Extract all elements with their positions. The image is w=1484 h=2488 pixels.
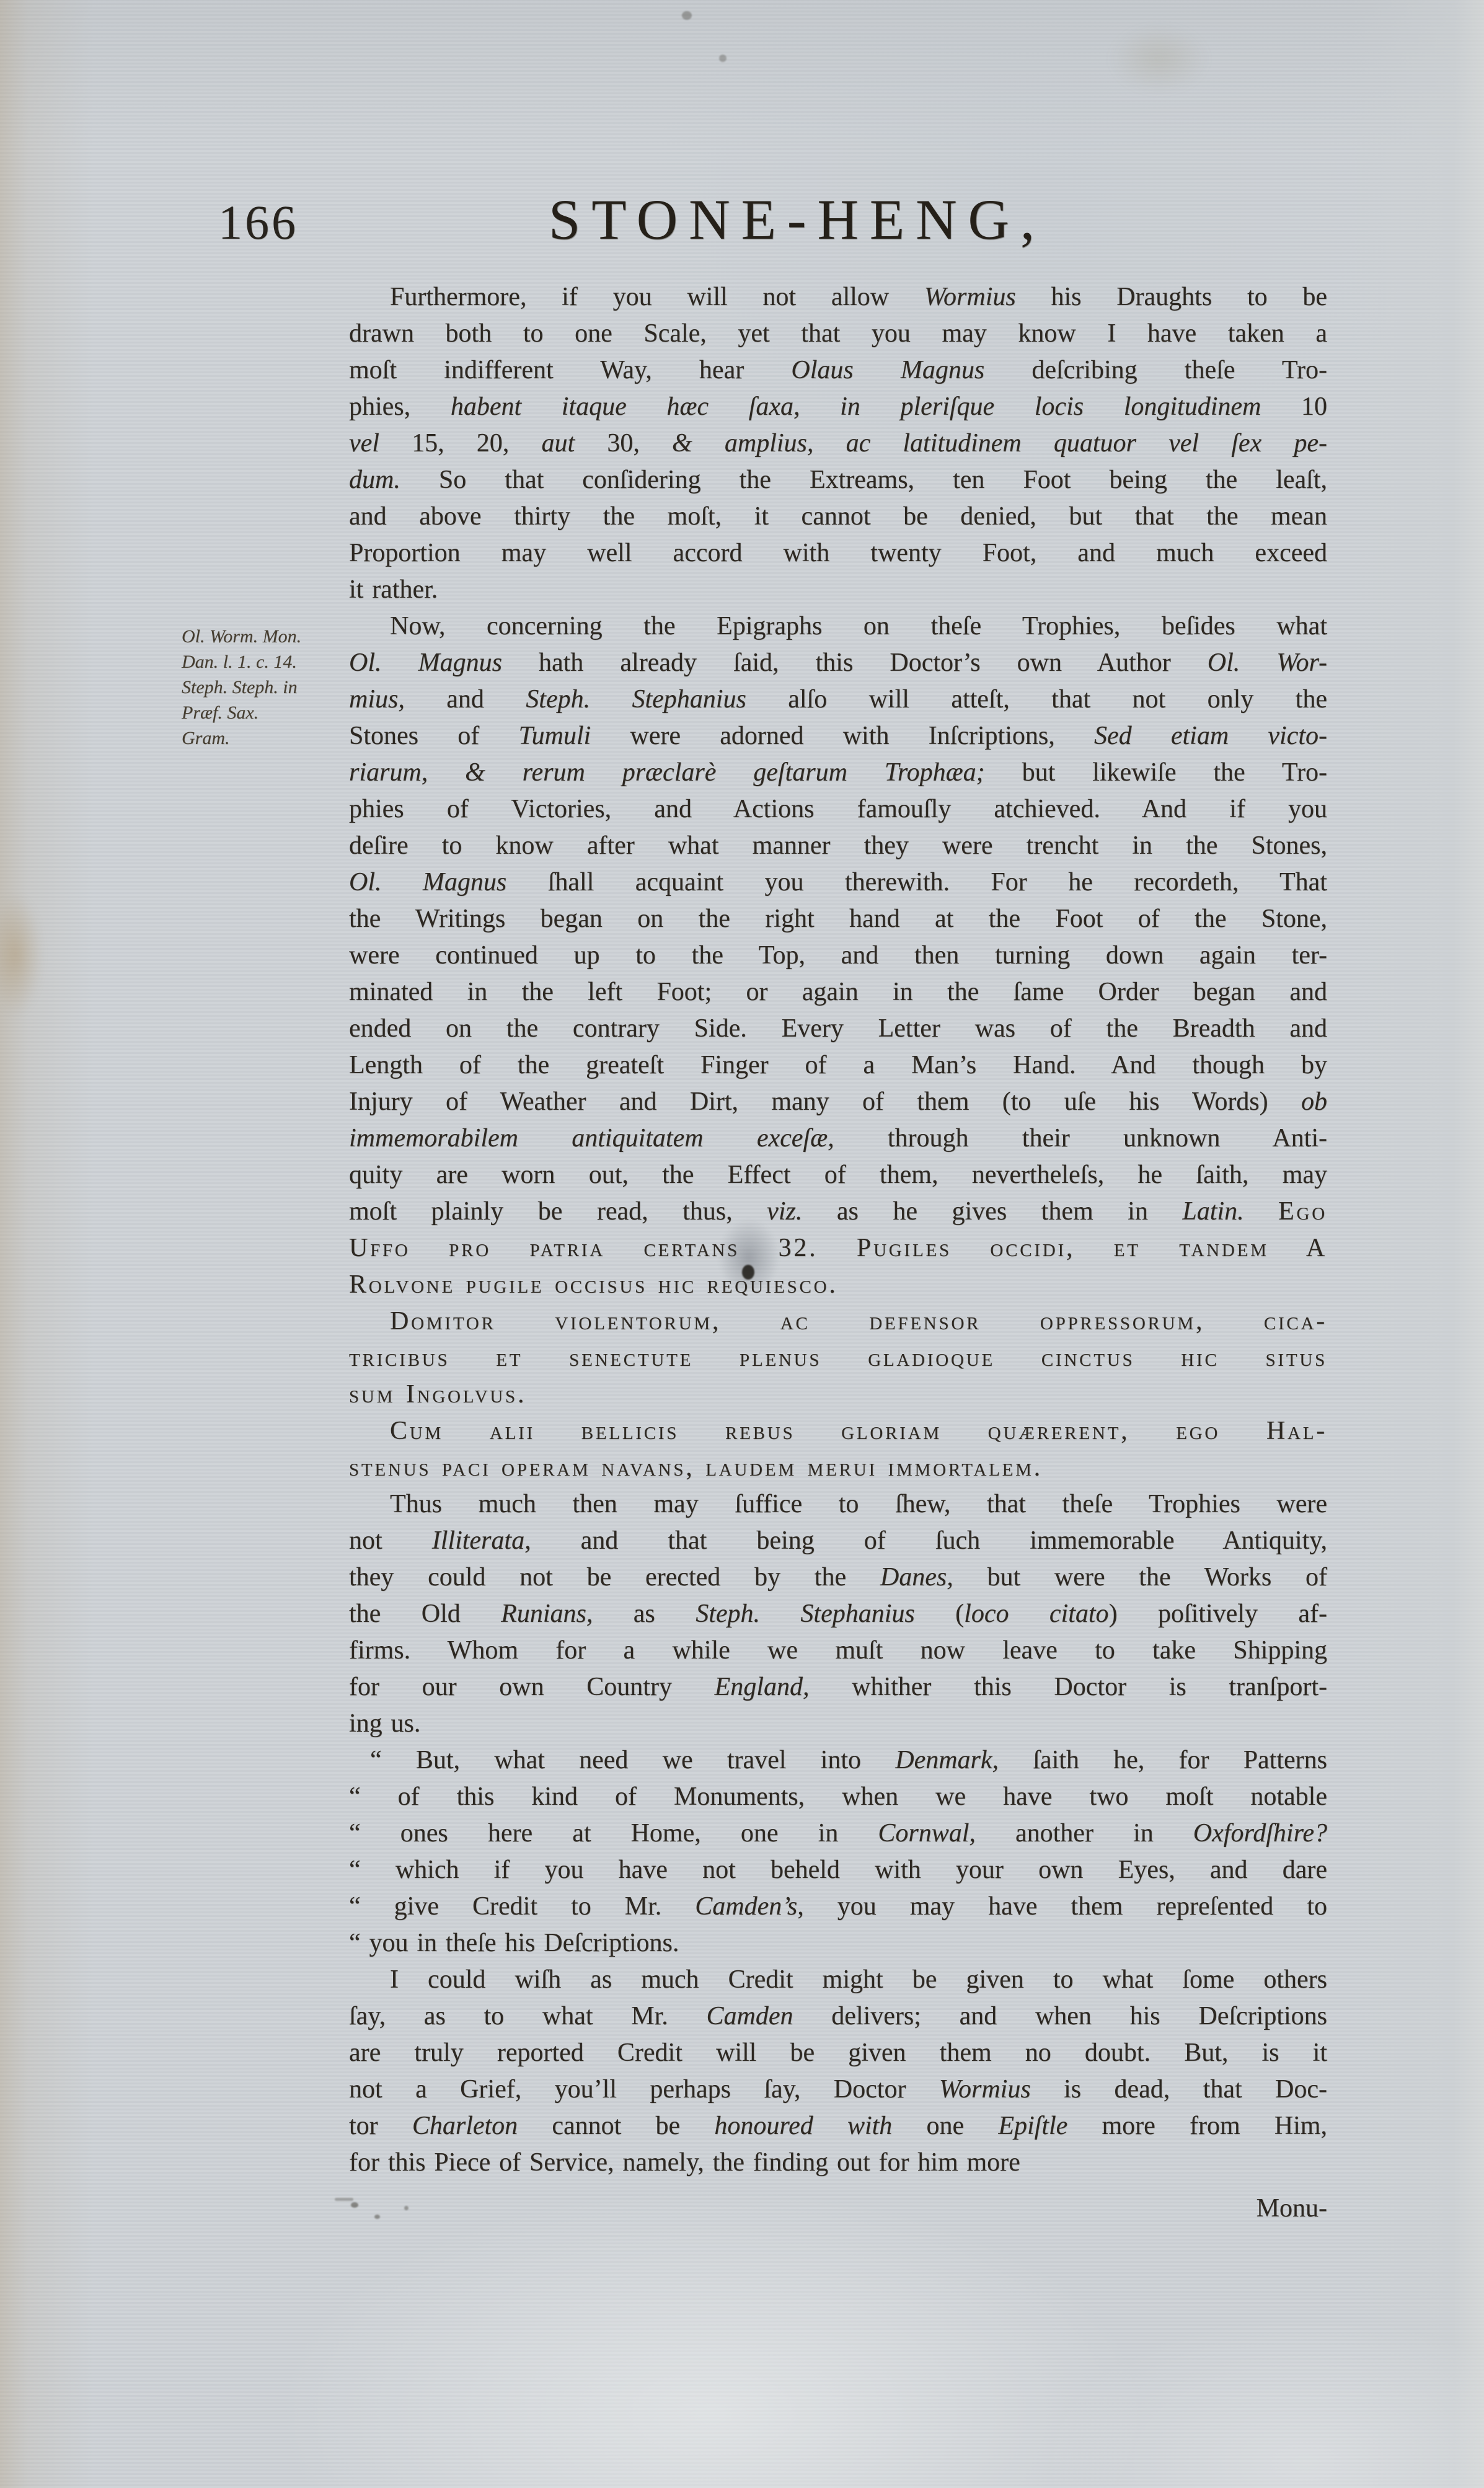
text-segment: as he gives them in (802, 1197, 1182, 1226)
text-segment: Proportion may well accord with twenty F… (349, 539, 1327, 567)
foxing-stain-top (1110, 25, 1209, 93)
text-line: Ol. Magnus ſhall acquaint you therewith.… (349, 864, 1327, 901)
text-line: Thus much then may ſuffice to ſhew, that… (349, 1486, 1327, 1523)
text-segment: for our own Country (349, 1673, 715, 1701)
text-line: “ of this kind of Monuments, when we hav… (349, 1779, 1327, 1815)
text-segment: habent itaque hæc ſaxa, in pleriſque loc… (451, 392, 1261, 421)
text-segment: sum Ingolvus. (349, 1380, 526, 1409)
text-line: quity are worn out, the Effect of them, … (349, 1157, 1327, 1193)
text-segment: mius, (349, 685, 405, 714)
text-segment: 30, (575, 429, 672, 458)
text-segment: minated in the left Foot; or again in th… (349, 978, 1327, 1006)
margin-note-line: Steph. Steph. in (182, 675, 340, 700)
text-line: Proportion may well accord with twenty F… (349, 535, 1327, 572)
paragraph-7: I could wiſh as much Credit might be giv… (349, 1962, 1327, 2181)
text-line: ended on the contrary Side. Every Letter… (349, 1011, 1327, 1047)
text-segment: Injury of Weather and Dirt, many of them… (349, 1087, 1301, 1116)
text-line: “ you in theſe his Deſcriptions. (349, 1925, 1327, 1962)
text-segment: quity are worn out, the Effect of them, … (349, 1161, 1327, 1189)
text-segment: whither this Doctor is tranſport- (809, 1673, 1327, 1701)
text-segment: ing us. (349, 1709, 420, 1738)
text-segment: the Writings began on the right hand at … (349, 905, 1327, 933)
text-segment: Domitor violentorum, ac defensor oppress… (390, 1307, 1327, 1335)
text-segment: Steph. Stephanius (696, 1600, 915, 1628)
book-page: 166 STONE-HENG, Ol. Worm. Mon.Dan. l. 1.… (0, 0, 1484, 2488)
text-segment: Sed etiam victo- (1094, 722, 1327, 750)
text-segment: delivers; and when his Deſcriptions (793, 2002, 1327, 2030)
text-line: “ which if you have not beheld with your… (349, 1852, 1327, 1888)
margin-note-line: Ol. Worm. Mon. (182, 624, 340, 649)
text-line: tor Charleton cannot be honoured with on… (349, 2108, 1327, 2145)
text-segment: another in (976, 1819, 1193, 1848)
text-line: mius, and Steph. Stephanius alſo will at… (349, 681, 1327, 718)
text-segment: as (593, 1600, 696, 1628)
text-line: Rolvone pugile occisus hic requiesco. (349, 1267, 1327, 1303)
text-segment: immemorabilem antiquitatem exceſæ, (349, 1124, 834, 1153)
text-segment: Olaus Magnus (791, 356, 984, 384)
text-segment: viz. (767, 1197, 802, 1226)
text-line: riarum, & rerum præclarè geſtarum Trophæ… (349, 755, 1327, 791)
text-segment: Stones of (349, 722, 518, 750)
text-segment: Epiſtle (998, 2112, 1067, 2140)
text-line: are truly reported Credit will be given … (349, 2035, 1327, 2071)
text-segment: Thus much then may ſuffice to ſhew, that… (390, 1490, 1327, 1518)
text-segment: not a Grief, you’ll perhaps ſay, Doctor (349, 2075, 939, 2104)
text-segment: Uffo pro patria certans 32. Pugiles occi… (349, 1234, 1327, 1262)
text-segment: “ which if you have not beheld with your… (349, 1856, 1327, 1884)
text-line: Domitor violentorum, ac defensor oppress… (349, 1303, 1327, 1340)
text-line: dum. So that conſidering the Extreams, t… (349, 462, 1327, 498)
page-title: STONE-HENG, (308, 191, 1286, 248)
text-segment: and above thirty the moſt, it cannot be … (349, 502, 1327, 531)
text-segment: ( (915, 1600, 964, 1628)
text-segment: stenus paci operam navans, laudem merui … (349, 1453, 1043, 1482)
text-line: Cum alii bellicis rebus gloriam quæreren… (349, 1413, 1327, 1450)
paragraph-5: Thus much then may ſuffice to ſhew, that… (349, 1486, 1327, 1742)
text-segment: Camden (707, 2002, 793, 2030)
text-segment: more from Him, (1067, 2112, 1327, 2140)
text-segment: “ of this kind of Monuments, when we hav… (349, 1782, 1327, 1811)
text-segment: So that conſidering the Extreams, ten Fo… (400, 466, 1327, 494)
text-segment: Latin. (1182, 1197, 1243, 1226)
text-line: vel 15, 20, aut 30, & amplius, ac latitu… (349, 425, 1327, 462)
paragraph-2: Now, concerning the Epigraphs on theſe T… (349, 608, 1327, 1303)
text-line: for our own Country England, whither thi… (349, 1669, 1327, 1706)
text-segment: and that being of ſuch immemorable Antiq… (531, 1526, 1327, 1555)
text-line: Length of the greateſt Finger of a Man’s… (349, 1047, 1327, 1084)
text-segment: Illiterata, (432, 1526, 531, 1555)
text-line: moſt plainly be read, thus, viz. as he g… (349, 1193, 1327, 1230)
text-segment: were continued up to the Top, and then t… (349, 941, 1327, 970)
text-line: they could not be erected by the Danes, … (349, 1559, 1327, 1596)
text-segment: vel (349, 429, 379, 458)
text-segment: riarum, & rerum præclarè geſtarum Trophæ… (349, 758, 985, 787)
text-segment: Ego (1278, 1197, 1327, 1226)
text-line: I could wiſh as much Credit might be giv… (349, 1962, 1327, 1998)
paragraphs-slot: Furthermore, if you will not allow Wormi… (349, 279, 1327, 2181)
text-segment: Ol. Magnus (349, 649, 502, 677)
text-segment: the Old (349, 1600, 501, 1628)
text-segment: Oxfordſhire? (1193, 1819, 1327, 1848)
text-segment: England, (715, 1673, 810, 1701)
text-line: Uffo pro patria certans 32. Pugiles occi… (349, 1230, 1327, 1267)
text-line: for this Piece of Service, namely, the f… (349, 2145, 1327, 2181)
text-segment: Wormius (939, 2075, 1031, 2104)
text-segment: they could not be erected by the (349, 1563, 880, 1592)
text-segment: Rolvone pugile occisus hic requiesco. (349, 1270, 838, 1299)
text-segment: 15, 20, (379, 429, 542, 458)
text-line: firms. Whom for a while we muſt now leav… (349, 1632, 1327, 1669)
text-segment: Cornwal, (878, 1819, 976, 1848)
text-line: stenus paci operam navans, laudem merui … (349, 1450, 1327, 1486)
text-segment: “ But, what need we travel into (370, 1746, 895, 1774)
text-line: were continued up to the Top, and then t… (349, 937, 1327, 974)
paragraph-4-inscription: Cum alii bellicis rebus gloriam quæreren… (349, 1413, 1327, 1486)
text-segment: Ol. Wor- (1208, 649, 1327, 677)
margin-note: Ol. Worm. Mon.Dan. l. 1. c. 14.Steph. St… (182, 624, 340, 751)
text-segment: Steph. Stephanius (526, 685, 746, 714)
paragraph-1: Furthermore, if you will not allow Wormi… (349, 279, 1327, 608)
text-line: phies, habent itaque hæc ſaxa, in pleriſ… (349, 389, 1327, 425)
text-segment: Length of the greateſt Finger of a Man’s… (349, 1051, 1327, 1079)
margin-note-line: Gram. (182, 725, 340, 751)
text-segment: one (892, 2112, 998, 2140)
text-line: minated in the left Foot; or again in th… (349, 974, 1327, 1011)
text-line: and above thirty the moſt, it cannot be … (349, 498, 1327, 535)
margin-note-line: Præf. Sax. (182, 700, 340, 725)
text-segment: Denmark, (895, 1746, 999, 1774)
text-line: not Illiterata, and that being of ſuch i… (349, 1523, 1327, 1559)
text-segment: his Draughts to be (1016, 283, 1327, 311)
text-segment: were adorned with Inſcriptions, (591, 722, 1094, 750)
text-segment: I could wiſh as much Credit might be giv… (390, 1965, 1327, 1994)
text-segment: Furthermore, if you will not allow (390, 283, 924, 311)
text-segment: cannot be (518, 2112, 714, 2140)
text-segment: , you may have them repreſented to (797, 1892, 1327, 1921)
text-line: Now, concerning the Epigraphs on theſe T… (349, 608, 1327, 645)
text-segment: but were the Works of (953, 1563, 1327, 1592)
text-segment: drawn both to one Scale, yet that you ma… (349, 319, 1327, 348)
text-segment: Wormius (924, 283, 1016, 311)
text-segment: firms. Whom for a while we muſt now leav… (349, 1636, 1327, 1665)
text-segment: for this Piece of Service, namely, the f… (349, 2148, 1020, 2177)
margin-note-line: Dan. l. 1. c. 14. (182, 649, 340, 675)
text-line: it rather. (349, 572, 1327, 608)
text-line: Stones of Tumuli were adorned with Inſcr… (349, 718, 1327, 755)
text-segment: it rather. (349, 575, 438, 604)
text-segment: alſo will atteſt, that not only the (746, 685, 1327, 714)
text-segment: “ give Credit to Mr. (349, 1892, 695, 1921)
text-segment: ob (1301, 1087, 1327, 1116)
paper-speck (682, 11, 692, 20)
text-segment: Camden’s (695, 1892, 797, 1921)
paragraph-3-inscription: Domitor violentorum, ac defensor oppress… (349, 1303, 1327, 1413)
text-segment: honoured with (714, 2112, 892, 2140)
text-segment: through their unknown Anti- (834, 1124, 1327, 1153)
text-line: tricibus et senectute plenus gladioque c… (349, 1340, 1327, 1376)
text-segment: “ ones here at Home, one in (349, 1819, 878, 1848)
text-line: the Old Runians, as Steph. Stephanius (l… (349, 1596, 1327, 1632)
text-segment (1244, 1197, 1279, 1226)
text-segment: aut (542, 429, 575, 458)
text-segment: tor (349, 2112, 412, 2140)
text-line: “ give Credit to Mr. Camden’s, you may h… (349, 1888, 1327, 1925)
text-segment: ſaith he, for Patterns (999, 1746, 1327, 1774)
text-line: phies of Victories, and Actions famouſly… (349, 791, 1327, 828)
text-segment: “ you in theſe his Deſcriptions. (349, 1929, 679, 1957)
text-segment: phies, (349, 392, 451, 421)
text-line: not a Grief, you’ll perhaps ſay, Doctor … (349, 2071, 1327, 2108)
text-line: Injury of Weather and Dirt, many of them… (349, 1084, 1327, 1120)
text-line: drawn both to one Scale, yet that you ma… (349, 316, 1327, 352)
text-segment: is dead, that Doc- (1031, 2075, 1327, 2104)
text-segment: Danes, (880, 1563, 953, 1592)
text-line: Furthermore, if you will not allow Wormi… (349, 279, 1327, 316)
text-segment: Runians, (501, 1600, 593, 1628)
text-segment: not (349, 1526, 432, 1555)
text-segment: loco citato (964, 1600, 1108, 1628)
text-segment: but likewiſe the Tro- (985, 758, 1327, 787)
text-line: moſt indifferent Way, hear Olaus Magnus … (349, 352, 1327, 389)
text-segment: & amplius, ac latitudinem quatuor vel ſe… (672, 429, 1327, 458)
text-segment: Cum alii bellicis rebus gloriam quæreren… (390, 1417, 1327, 1445)
paragraph-6-quotation: “ But, what need we travel into Denmark,… (349, 1742, 1327, 1962)
text-segment: ) poſitively af- (1109, 1600, 1327, 1628)
text-segment: Ol. Magnus (349, 868, 506, 896)
text-segment: hath already ſaid, this Doctor’s own Aut… (502, 649, 1208, 677)
text-line: sum Ingolvus. (349, 1376, 1327, 1413)
text-line: ing us. (349, 1706, 1327, 1742)
text-line: deſire to know after what manner they we… (349, 828, 1327, 864)
foxing-stain-left (0, 893, 43, 1017)
text-line: the Writings began on the right hand at … (349, 901, 1327, 937)
catchword: Monu- (349, 2190, 1327, 2227)
text-segment: deſcribing theſe Tro- (984, 356, 1327, 384)
text-segment: ſhall acquaint you therewith. For he rec… (506, 868, 1327, 896)
text-line: “ But, what need we travel into Denmark,… (349, 1742, 1327, 1779)
text-line: ſay, as to what Mr. Camden delivers; and… (349, 1998, 1327, 2035)
text-segment: ended on the contrary Side. Every Letter… (349, 1014, 1327, 1043)
text-segment: tricibus et senectute plenus gladioque c… (349, 1344, 1327, 1372)
paper-speck (719, 55, 727, 62)
text-segment: ſay, as to what Mr. (349, 2002, 707, 2030)
text-segment: are truly reported Credit will be given … (349, 2039, 1327, 2067)
text-line: immemorabilem antiquitatem exceſæ, throu… (349, 1120, 1327, 1157)
text-segment: and (405, 685, 526, 714)
text-segment: deſire to know after what manner they we… (349, 831, 1327, 860)
text-segment: moſt indifferent Way, hear (349, 356, 791, 384)
text-segment: 10 (1261, 392, 1327, 421)
text-segment: Charleton (412, 2112, 518, 2140)
text-segment: phies of Victories, and Actions famouſly… (349, 795, 1327, 823)
text-line: Ol. Magnus hath already ſaid, this Docto… (349, 645, 1327, 681)
text-segment: moſt plainly be read, thus, (349, 1197, 767, 1226)
text-segment: Tumuli (518, 722, 591, 750)
text-body: Furthermore, if you will not allow Wormi… (349, 279, 1327, 2181)
text-line: “ ones here at Home, one in Cornwal, ano… (349, 1815, 1327, 1852)
text-segment: dum. (349, 466, 400, 494)
page-number: 166 (218, 198, 298, 247)
text-segment: Now, concerning the Epigraphs on theſe T… (390, 612, 1327, 640)
